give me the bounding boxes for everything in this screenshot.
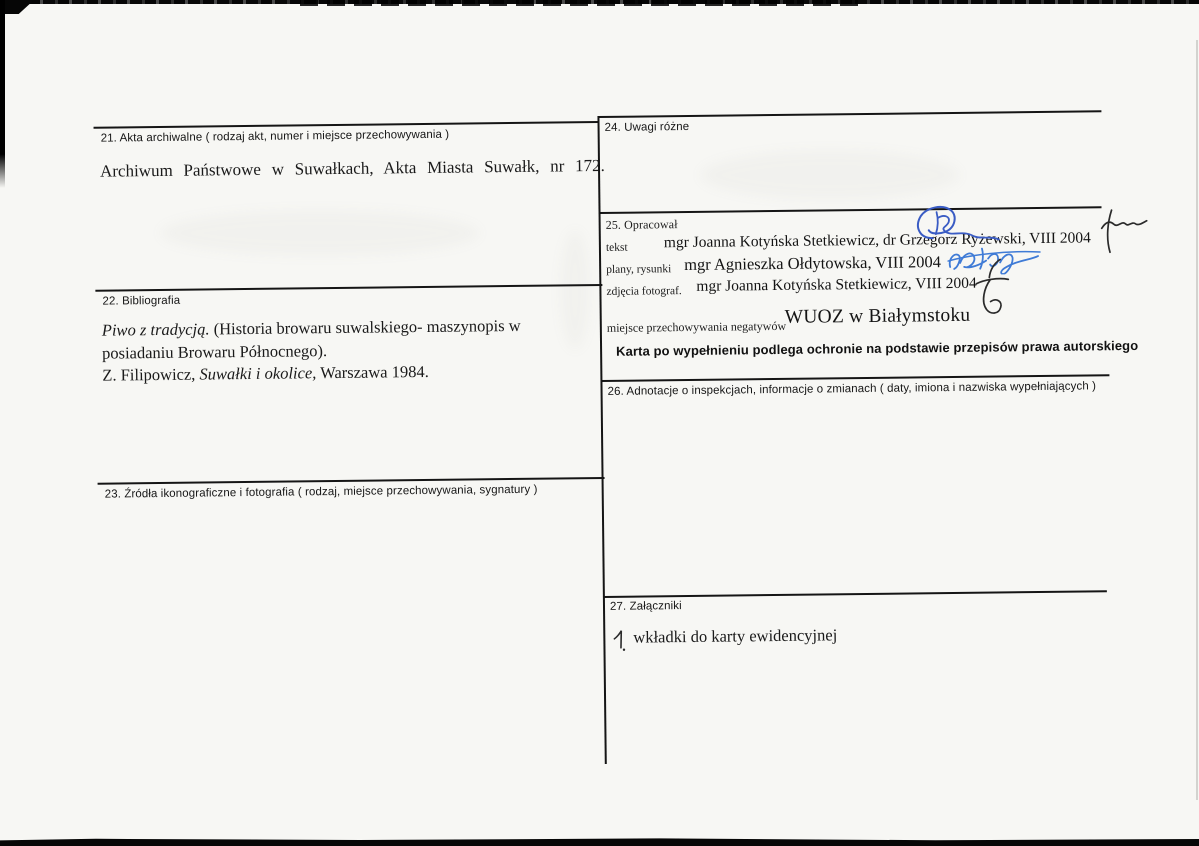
author-value-zdjecia-fotograf: mgr Joanna Kotyńska Stetkiewicz, VIII 20… xyxy=(696,275,977,296)
negatives-storage-label: miejsce przechowywania negatywów xyxy=(607,319,786,336)
scan-edge-right xyxy=(1196,40,1198,800)
author-field-tekst: tekst xyxy=(606,242,628,254)
scan-edge-top-speckle xyxy=(300,0,860,6)
section-24-label: 24. Uwagi różne xyxy=(605,121,690,134)
author-field-plany-rysunki: plany, rysunki xyxy=(606,263,671,276)
bibliography-line-3: Z. Filipowicz, Suwałki i okolice, Warsza… xyxy=(102,359,582,387)
section-27-label: 27. Załączniki xyxy=(610,600,682,613)
author-field-zdjecia-fotograf: zdjęcia fotograf. xyxy=(606,285,681,298)
section-25-label: 25. Opracował xyxy=(606,217,678,233)
rule-above-section-27 xyxy=(604,590,1107,598)
signature-paraph-black xyxy=(1097,206,1150,257)
scanned-paper-background: 21. Akta archiwalne ( rodzaj akt, numer … xyxy=(0,0,1199,846)
scan-edge-left xyxy=(0,0,5,188)
section-21-content: Archiwum Państwowe w Suwałkach, Akta Mia… xyxy=(100,156,599,182)
negatives-storage-value: WUOZ w Białymstoku xyxy=(785,305,971,329)
record-card: 21. Akta archiwalne ( rodzaj akt, numer … xyxy=(0,0,1199,846)
signature-loop-black xyxy=(970,257,1015,321)
author-value-plany-rysunki: mgr Agnieszka Ołdytowska, VIII 2004 xyxy=(684,252,941,275)
attachment-item: wkładki do karty ewidencyjnej xyxy=(612,625,837,653)
section-22-content: Piwo z tradycją. (Historia browaru suwal… xyxy=(102,314,583,387)
section-23-label: 23. Źródła ikonograficzne i fotografia (… xyxy=(105,484,538,501)
rule-above-section-24 xyxy=(598,110,1101,118)
attachment-item-text: wkładki do karty ewidencyjnej xyxy=(633,625,837,647)
rule-above-section-22 xyxy=(95,284,602,292)
section-22-label: 22. Bibliografia xyxy=(102,295,180,308)
handwritten-number-one-icon xyxy=(612,629,626,653)
signature-circled-initials-blue xyxy=(910,203,1006,246)
rule-above-section-25 xyxy=(600,206,1102,214)
section-26-label: 26. Adnotacje o inspekcjach, informacje … xyxy=(608,380,1097,398)
copyright-notice: Karta po wypełnieniu podlega ochronie na… xyxy=(616,338,1138,359)
rule-above-section-21 xyxy=(94,121,599,129)
scanned-record-card-page: { "sections": { "s21": { "label": "21. A… xyxy=(0,0,1199,846)
section-21-label: 21. Akta archiwalne ( rodzaj akt, numer … xyxy=(101,129,450,145)
